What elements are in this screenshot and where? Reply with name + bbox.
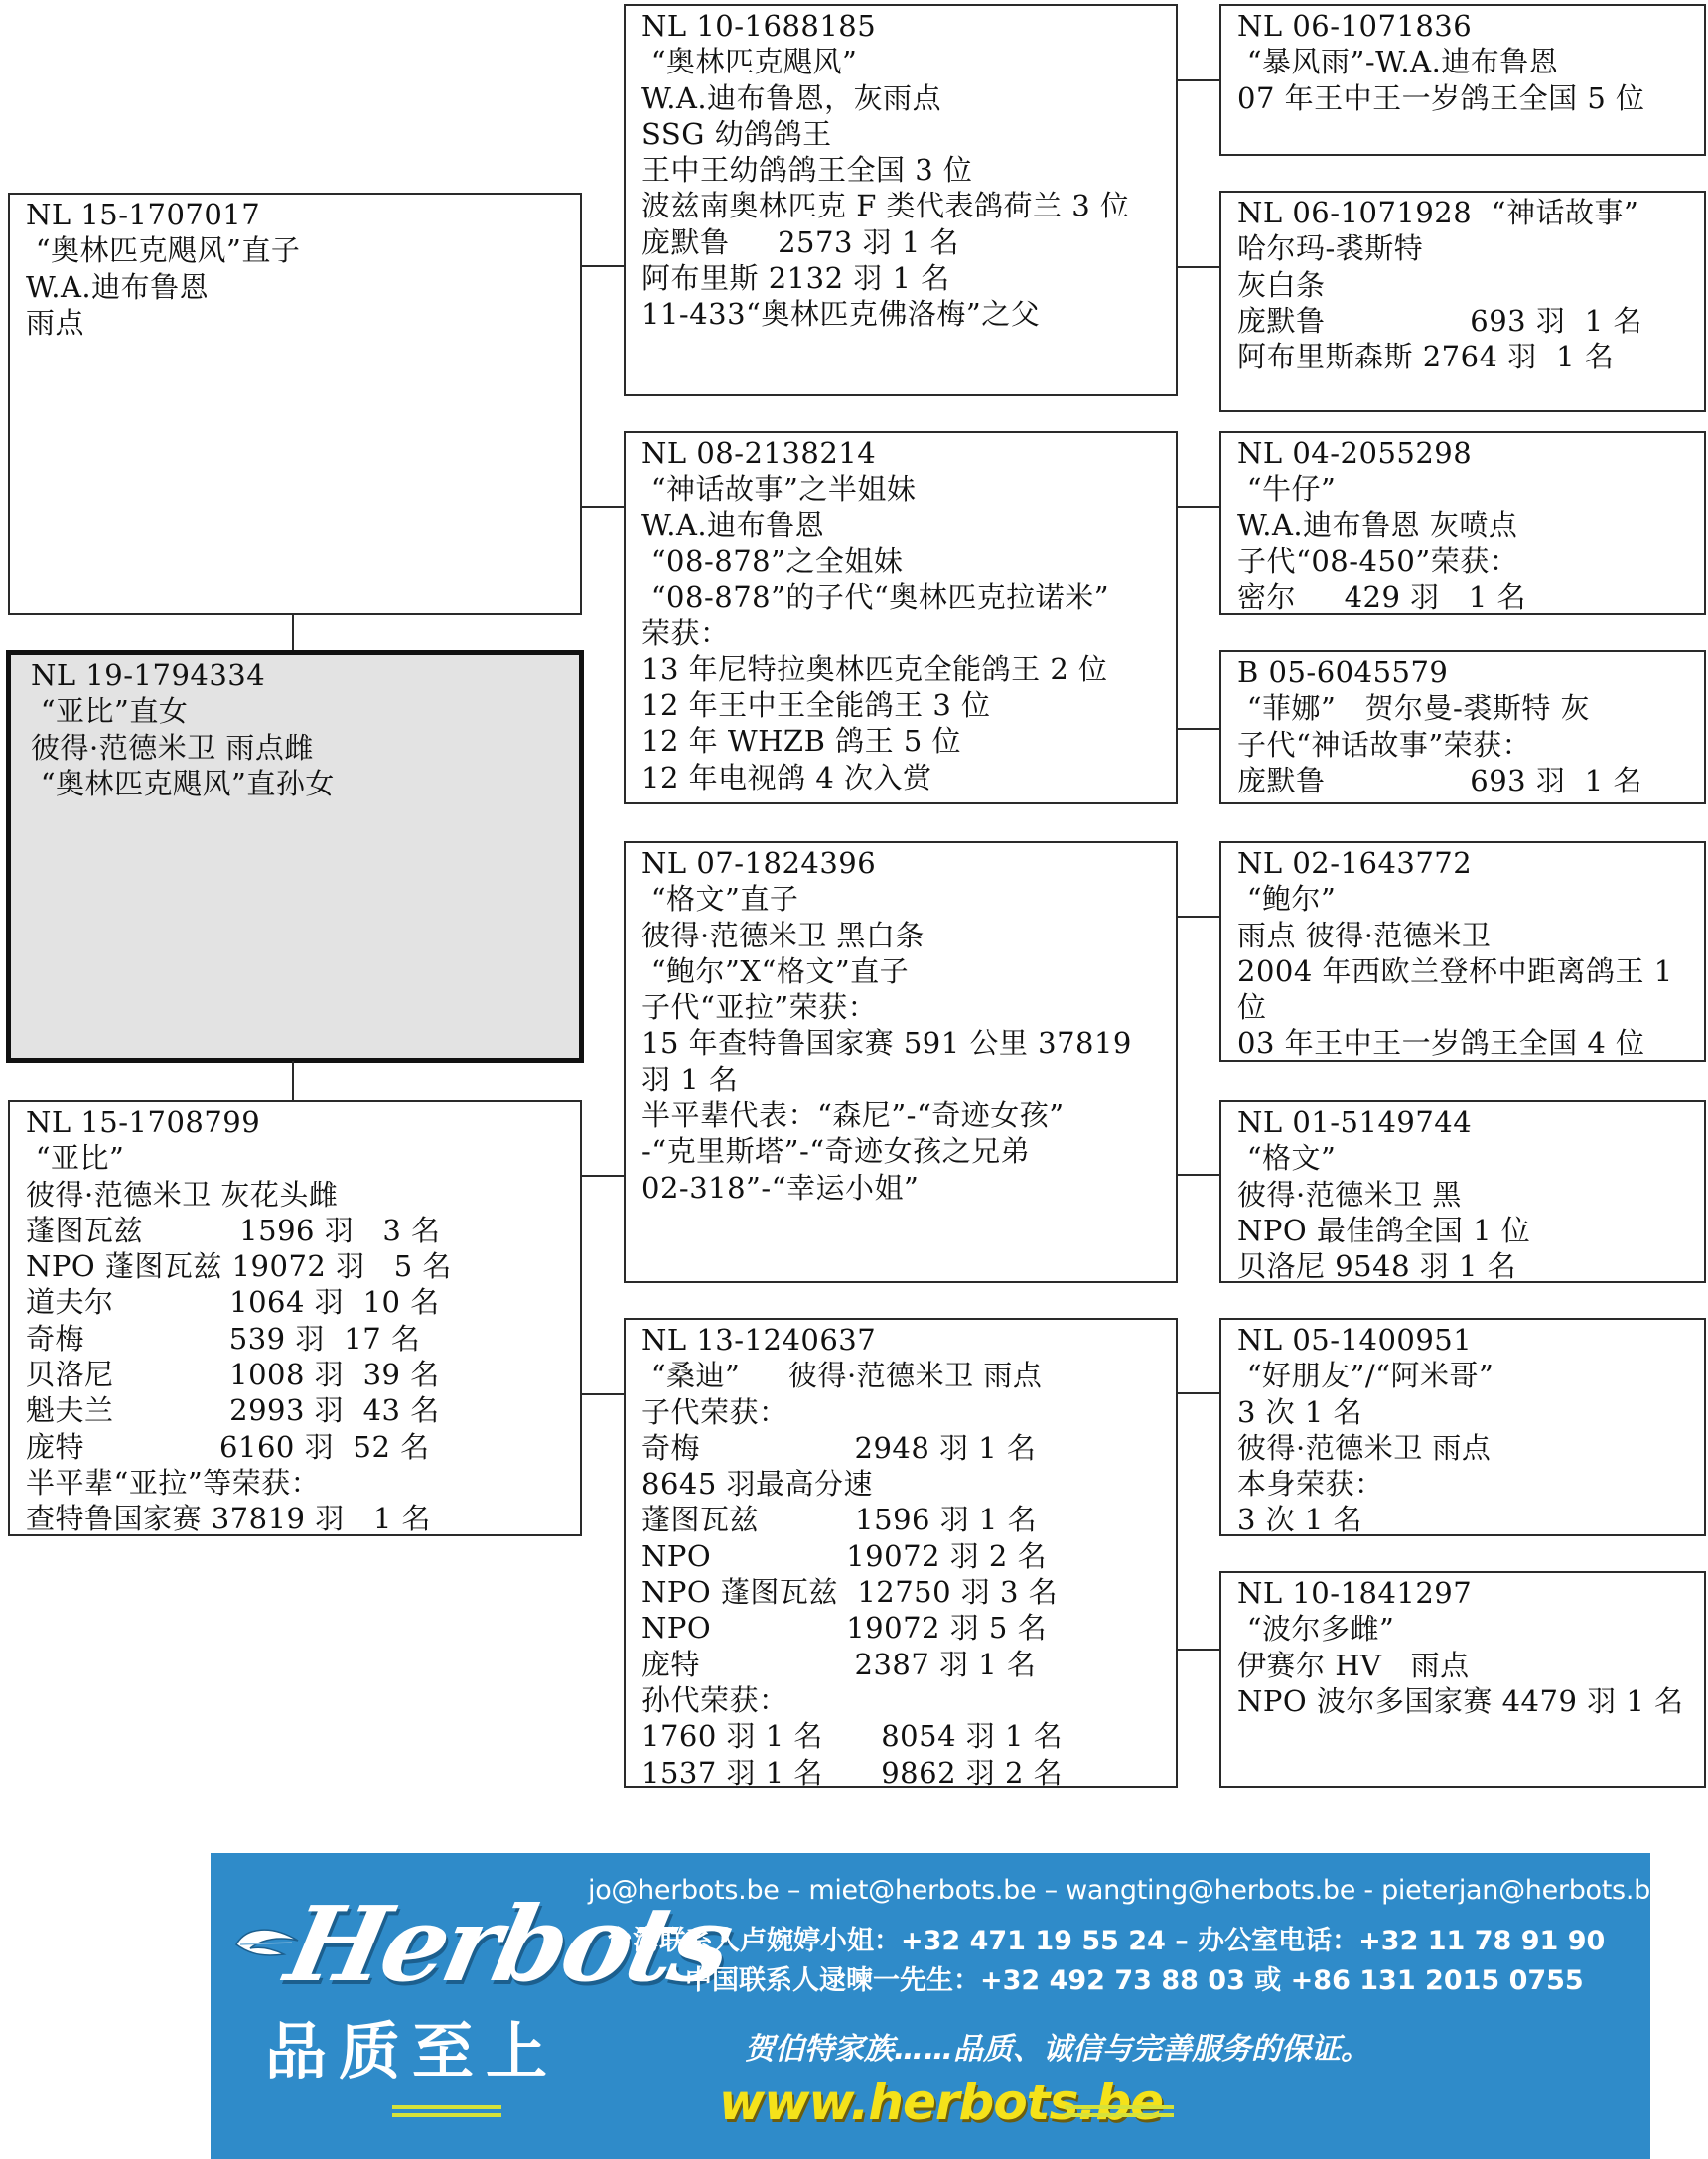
card-line: NPO 蓬图瓦兹 19072 羽 5 名 [26,1248,566,1284]
connector-sd-bottom [1176,728,1221,730]
connector-sd-top [1176,506,1221,508]
card-line: W.A.迪布鲁恩 [26,269,566,305]
card-line: “鲍尔”X“格文”直子 [641,953,1162,989]
card-line: “奥林匹克飓风” [641,44,1162,79]
card-line: NL 01-5149744 [1237,1104,1690,1140]
card-line: “神话故事”之半姐妹 [641,471,1162,506]
card-line: “牛仔” [1237,471,1690,506]
card-line: “好朋友”/“阿米哥” [1237,1358,1690,1393]
card-line: SSG 幼鸽鸽王 [641,116,1162,152]
card-line: 子代荣获： [641,1394,1162,1430]
card-line: 魁夫兰 2993 羽 43 名 [26,1392,566,1428]
card-line: 15 年查特鲁国家赛 591 公里 37819 [641,1025,1162,1061]
dam-sire-card: NL 07-1824396 “格文”直子彼得·范德米卫 黑白条 “鲍尔”X“格文… [624,841,1178,1283]
card-line: NL 05-1400951 [1237,1322,1690,1358]
card-line: 伊赛尔 HV 雨点 [1237,1648,1690,1683]
connector-sire-subject [292,613,294,652]
card-line: “奥林匹克飓风”直孙女 [31,766,565,801]
website-link[interactable]: www.herbots.be [719,2074,1163,2131]
ggp-card-3: NL 04-2055298 “牛仔”W.A.迪布鲁恩 灰喷点子代“08-450”… [1219,431,1706,615]
card-line: 阿布里斯森斯 2764 羽 1 名 [1237,339,1690,374]
card-line: “菲娜” 贺尔曼-裘斯特 灰 [1237,690,1690,726]
card-line: 半平辈代表：“森尼”-“奇迹女孩” [641,1097,1162,1133]
decorative-double-line-right [1065,2105,1174,2117]
card-line: 1537 羽 1 名 9862 羽 2 名 [641,1755,1162,1788]
card-line: 奇梅 539 羽 17 名 [26,1321,566,1357]
taiwan-contact: 台湾联系人卢婉婷小姐：+32 471 19 55 24 – 办公室电话：+32 … [606,1919,1605,1957]
card-line: “桑迪” 彼得·范德米卫 雨点 [641,1358,1162,1393]
card-line: NPO 最佳鸽全国 1 位 [1237,1213,1690,1248]
card-line: NL 19-1794334 [31,657,565,693]
card-line: 07 年王中王一岁鸽王全国 5 位 [1237,80,1690,116]
card-line: 阿布里斯 2132 羽 1 名 [641,260,1162,296]
card-line: 03 年王中王一岁鸽王全国 4 位 [1237,1025,1690,1061]
card-line: 羽 1 名 [641,1062,1162,1097]
ggp-card-1: NL 06-1071836 “暴风雨”-W.A.迪布鲁恩07 年王中王一岁鸽王全… [1219,4,1706,156]
card-line: NPO 19072 羽 2 名 [641,1538,1162,1574]
card-line: 雨点 [26,305,566,341]
card-line: 灰白条 [1237,267,1690,303]
card-line: “08-878”之全姐妹 [641,543,1162,579]
card-line: “格文”直子 [641,881,1162,917]
card-line: 本身荣获： [1237,1466,1690,1502]
sire-dam-card: NL 08-2138214 “神话故事”之半姐妹W.A.迪布鲁恩 “08-878… [624,431,1178,804]
card-line: W.A.迪布鲁恩 [641,507,1162,543]
card-line: “格文” [1237,1140,1690,1176]
card-line: NL 02-1643772 [1237,845,1690,881]
card-line: W.A.迪布鲁恩 灰喷点 [1237,507,1690,543]
contact-emails[interactable]: jo@herbots.be – miet@herbots.be – wangti… [588,1875,1650,1906]
connector-dam-branch-bottom [580,1393,626,1395]
card-line: 8645 羽最高分速 [641,1466,1162,1502]
card-line: 蓬图瓦兹 1596 羽 3 名 [26,1213,566,1248]
card-line: “波尔多雌” [1237,1611,1690,1647]
card-line: 彼得·范德米卫 灰花头雌 [26,1177,566,1213]
dam-card: NL 15-1708799 “亚比”彼得·范德米卫 灰花头雌蓬图瓦兹 1596 … [8,1100,582,1536]
connector-ss-top [1176,79,1221,81]
card-line: 2004 年西欧兰登杯中距离鸽王 1 [1237,953,1690,989]
card-line: “亚比” [26,1140,566,1176]
card-line: 庞默鲁 2573 羽 1 名 [641,224,1162,260]
card-line: NL 10-1688185 [641,8,1162,44]
ggp-card-6: NL 01-5149744 “格文”彼得·范德米卫 黑NPO 最佳鸽全国 1 位… [1219,1100,1706,1283]
herbots-banner: Herbots 品质至上 jo@herbots.be – miet@herbot… [211,1853,1650,2159]
card-line: 彼得·范德米卫 黑 [1237,1177,1690,1213]
connector-sire-branch-top [580,265,626,267]
subject-card: NL 19-1794334 “亚比”直女彼得·范德米卫 雨点雌 “奥林匹克飓风”… [6,650,584,1063]
connector-sire-branch-bottom [580,506,626,508]
card-line: 半平辈“亚拉”等荣获： [26,1465,566,1501]
card-line: NPO 波尔多国家赛 4479 羽 1 名 [1237,1683,1690,1719]
card-line: 1760 羽 1 名 8054 羽 1 名 [641,1718,1162,1754]
card-line: NL 15-1707017 [26,197,566,232]
ggp-card-2: NL 06-1071928 “神话故事”哈尔玛-裘斯特灰白条庞默鲁 693 羽 … [1219,191,1706,412]
card-line: 庞特 2387 羽 1 名 [641,1647,1162,1682]
card-line: NPO 19072 羽 5 名 [641,1610,1162,1646]
card-line: “奥林匹克飓风”直子 [26,232,566,268]
card-line: NL 06-1071836 [1237,8,1690,44]
card-line: 道夫尔 1064 羽 10 名 [26,1284,566,1320]
card-line: 庞特 6160 羽 52 名 [26,1429,566,1465]
connector-ds-top [1176,916,1221,918]
connector-dd-bottom [1176,1649,1221,1651]
sire-card: NL 15-1707017 “奥林匹克飓风”直子W.A.迪布鲁恩雨点 [8,193,582,615]
connector-ss-bottom [1176,266,1221,268]
card-line: 王中王幼鸽鸽王全国 3 位 [641,152,1162,188]
dam-dam-card: NL 13-1240637 “桑迪” 彼得·范德米卫 雨点子代荣获：奇梅 294… [624,1318,1178,1788]
card-line: 子代“08-450”荣获： [1237,543,1690,579]
card-line: 孙代荣获： [641,1682,1162,1718]
herbots-logo: Herbots [232,1875,620,2014]
card-line: 贝洛尼 9548 羽 1 名 [1237,1248,1690,1283]
card-line: 庞默鲁 693 羽 1 名 [1237,763,1690,798]
connector-subject-dam [292,1061,294,1102]
card-line: 彼得·范德米卫 雨点 [1237,1430,1690,1466]
card-line: “鲍尔” [1237,881,1690,917]
card-line: 蓬图瓦兹 1596 羽 1 名 [641,1502,1162,1537]
card-line: 子代“神话故事”荣获： [1237,727,1690,763]
card-line: “暴风雨”-W.A.迪布鲁恩 [1237,44,1690,79]
card-line: 13 年尼特拉奥林匹克全能鸽王 2 位 [641,651,1162,687]
card-line: NL 08-2138214 [641,435,1162,471]
card-line: 彼得·范德米卫 雨点雌 [31,730,565,766]
card-line: 贝洛尼 1008 羽 39 名 [26,1357,566,1392]
connector-dam-branch-top [580,1175,626,1177]
decorative-double-line-left [392,2105,501,2117]
card-line: 3 次 1 名 [1237,1502,1690,1536]
connector-ds-bottom [1176,1174,1221,1176]
ggp-card-7: NL 05-1400951 “好朋友”/“阿米哥”3 次 1 名彼得·范德米卫 … [1219,1318,1706,1536]
tagline: 贺伯特家族……品质、诚信与完善服务的保证。 [745,2024,1370,2068]
card-line: W.A.迪布鲁恩，灰雨点 [641,80,1162,116]
card-line: 3 次 1 名 [1237,1394,1690,1430]
card-line: “08-878”的子代“奥林匹克拉诺米” [641,579,1162,615]
ggp-card-8: NL 10-1841297 “波尔多雌”伊赛尔 HV 雨点NPO 波尔多国家赛 … [1219,1571,1706,1788]
card-line: NPO 蓬图瓦兹 12750 羽 3 名 [641,1574,1162,1610]
card-line: NL 04-2055298 [1237,435,1690,471]
card-line: 荣获： [641,615,1162,650]
card-line: 彼得·范德米卫 黑白条 [641,918,1162,953]
card-line: 12 年王中王全能鸽王 3 位 [641,687,1162,723]
card-line: -“克里斯塔”-“奇迹女孩之兄弟 [641,1133,1162,1169]
ggp-card-4: B 05-6045579 “菲娜” 贺尔曼-裘斯特 灰子代“神话故事”荣获：庞默… [1219,650,1706,804]
slogan: 品质至上 [265,2002,559,2090]
card-line: NL 10-1841297 [1237,1575,1690,1611]
china-contact: 中国联系人逯暕一先生：+32 492 73 88 03 或 +86 131 20… [685,1958,1584,1997]
card-line: 子代“亚拉”荣获： [641,989,1162,1025]
card-line: NL 13-1240637 [641,1322,1162,1358]
ggp-card-5: NL 02-1643772 “鲍尔”雨点 彼得·范德米卫2004 年西欧兰登杯中… [1219,841,1706,1062]
card-line: 12 年电视鸽 4 次入赏 [641,760,1162,795]
connector-dd-top [1176,1392,1221,1394]
card-line: 02-318”-“幸运小姐” [641,1170,1162,1206]
card-line: 庞默鲁 693 羽 1 名 [1237,303,1690,339]
card-line: 波兹南奥林匹克 F 类代表鸽荷兰 3 位 [641,188,1162,223]
card-line: NL 06-1071928 “神话故事” [1237,195,1690,230]
card-line: 查特鲁国家赛 37819 羽 1 名 [26,1501,566,1536]
card-line: 雨点 彼得·范德米卫 [1237,918,1690,953]
card-line: 哈尔玛-裘斯特 [1237,230,1690,266]
sire-sire-card: NL 10-1688185 “奥林匹克飓风”W.A.迪布鲁恩，灰雨点SSG 幼鸽… [624,4,1178,396]
card-line: 密尔 429 羽 1 名 [1237,579,1690,615]
card-line: 11-433“奥林匹克佛洛梅”之父 [641,296,1162,332]
card-line: 12 年 WHZB 鸽王 5 位 [641,723,1162,759]
card-line: NL 15-1708799 [26,1104,566,1140]
card-line: 奇梅 2948 羽 1 名 [641,1430,1162,1466]
card-line: B 05-6045579 [1237,654,1690,690]
card-line: “亚比”直女 [31,693,565,729]
card-line: 位 [1237,989,1690,1025]
card-line: NL 07-1824396 [641,845,1162,881]
